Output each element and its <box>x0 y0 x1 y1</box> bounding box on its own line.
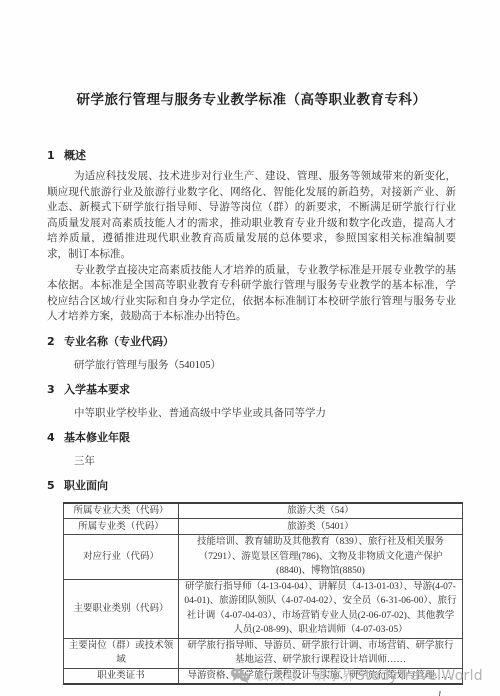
section-heading-2: 2 专业名称（专业代码） <box>47 333 456 349</box>
table-row: 所属专业大类（代码） 旅游大类（54） <box>64 503 463 519</box>
row-value: 旅游类（5401） <box>179 519 463 535</box>
section-heading-text: 入学基本要求 <box>64 381 130 397</box>
section-number: 1 <box>47 149 64 162</box>
section-heading-text: 专业名称（专业代码） <box>64 333 174 349</box>
section-number: 5 <box>47 479 64 492</box>
watermark-text: 公众号 · 研学界StudyTravelWorld <box>256 665 483 685</box>
row-label: 所属专业类（代码） <box>64 519 179 535</box>
section-number: 4 <box>47 431 64 444</box>
section-heading-text: 概述 <box>64 147 86 163</box>
table-row: 主要岗位（群）或技术领域 研学旅行指导师、导游员、研学旅行计调、市场营销、研学旅… <box>64 638 463 668</box>
row-value: 研学旅行指导师、导游员、研学旅行计调、市场营销、研学旅行基地运营、研学旅行课程设… <box>179 638 463 668</box>
row-value: 研学旅行指导师（4-13-04-04）、讲解员（4-13-01-03）、导游(4… <box>179 579 463 638</box>
row-value: 旅游大类（54） <box>179 503 463 519</box>
table-row: 所属专业类（代码） 旅游类（5401） <box>64 519 463 535</box>
study-duration: 三年 <box>74 453 456 468</box>
watermark-footer: 公众号 · 研学界StudyTravelWorld <box>230 665 483 685</box>
page-title: 研学旅行管理与服务专业教学标准（高等职业教育专科） <box>47 88 456 108</box>
document-page: 研学旅行管理与服务专业教学标准（高等职业教育专科） 1 概述 为适应科技发展、技… <box>0 0 500 696</box>
row-label: 对应行业（代码） <box>64 535 179 580</box>
row-label: 职业类证书 <box>64 668 179 684</box>
page-number: 1 <box>47 690 456 696</box>
major-name-code: 研学旅行管理与服务（540105） <box>74 357 456 372</box>
row-label: 所属专业大类（代码） <box>64 503 179 519</box>
section-heading-4: 4 基本修业年限 <box>47 429 456 445</box>
section-heading-text: 基本修业年限 <box>64 429 130 445</box>
section-heading-5: 5 职业面向 <box>47 477 456 493</box>
admission-requirement: 中等职业学校毕业、普通高级中学毕业或具备同等学力 <box>74 405 456 420</box>
row-label: 主要职业类别（代码） <box>64 579 179 638</box>
overview-paragraph-1: 为适应科技发展、技术进步对行业生产、建设、管理、服务等领域带来的新变化，顺应现代… <box>47 169 456 263</box>
overview-paragraph-2: 专业教学直接决定高素质技能人才培养的质量，专业教学标准是开展专业教学的基本依据。… <box>47 263 456 325</box>
section-number: 3 <box>47 383 64 396</box>
section-heading-text: 职业面向 <box>64 477 108 493</box>
section-heading-3: 3 入学基本要求 <box>47 381 456 397</box>
career-orientation-table: 所属专业大类（代码） 旅游大类（54） 所属专业类（代码） 旅游类（5401） … <box>63 502 463 686</box>
section-heading-1: 1 概述 <box>47 147 456 163</box>
table-row: 主要职业类别（代码） 研学旅行指导师（4-13-04-04）、讲解员（4-13-… <box>64 579 463 638</box>
table-row: 对应行业（代码） 技能培训、教育辅助及其他教育（839）、旅行社及相关服务（72… <box>64 535 463 580</box>
row-value: 技能培训、教育辅助及其他教育（839）、旅行社及相关服务（7291）、游览景区管… <box>179 535 463 580</box>
section-number: 2 <box>47 335 64 348</box>
row-label: 主要岗位（群）或技术领域 <box>64 638 179 668</box>
wechat-icon <box>230 667 250 684</box>
